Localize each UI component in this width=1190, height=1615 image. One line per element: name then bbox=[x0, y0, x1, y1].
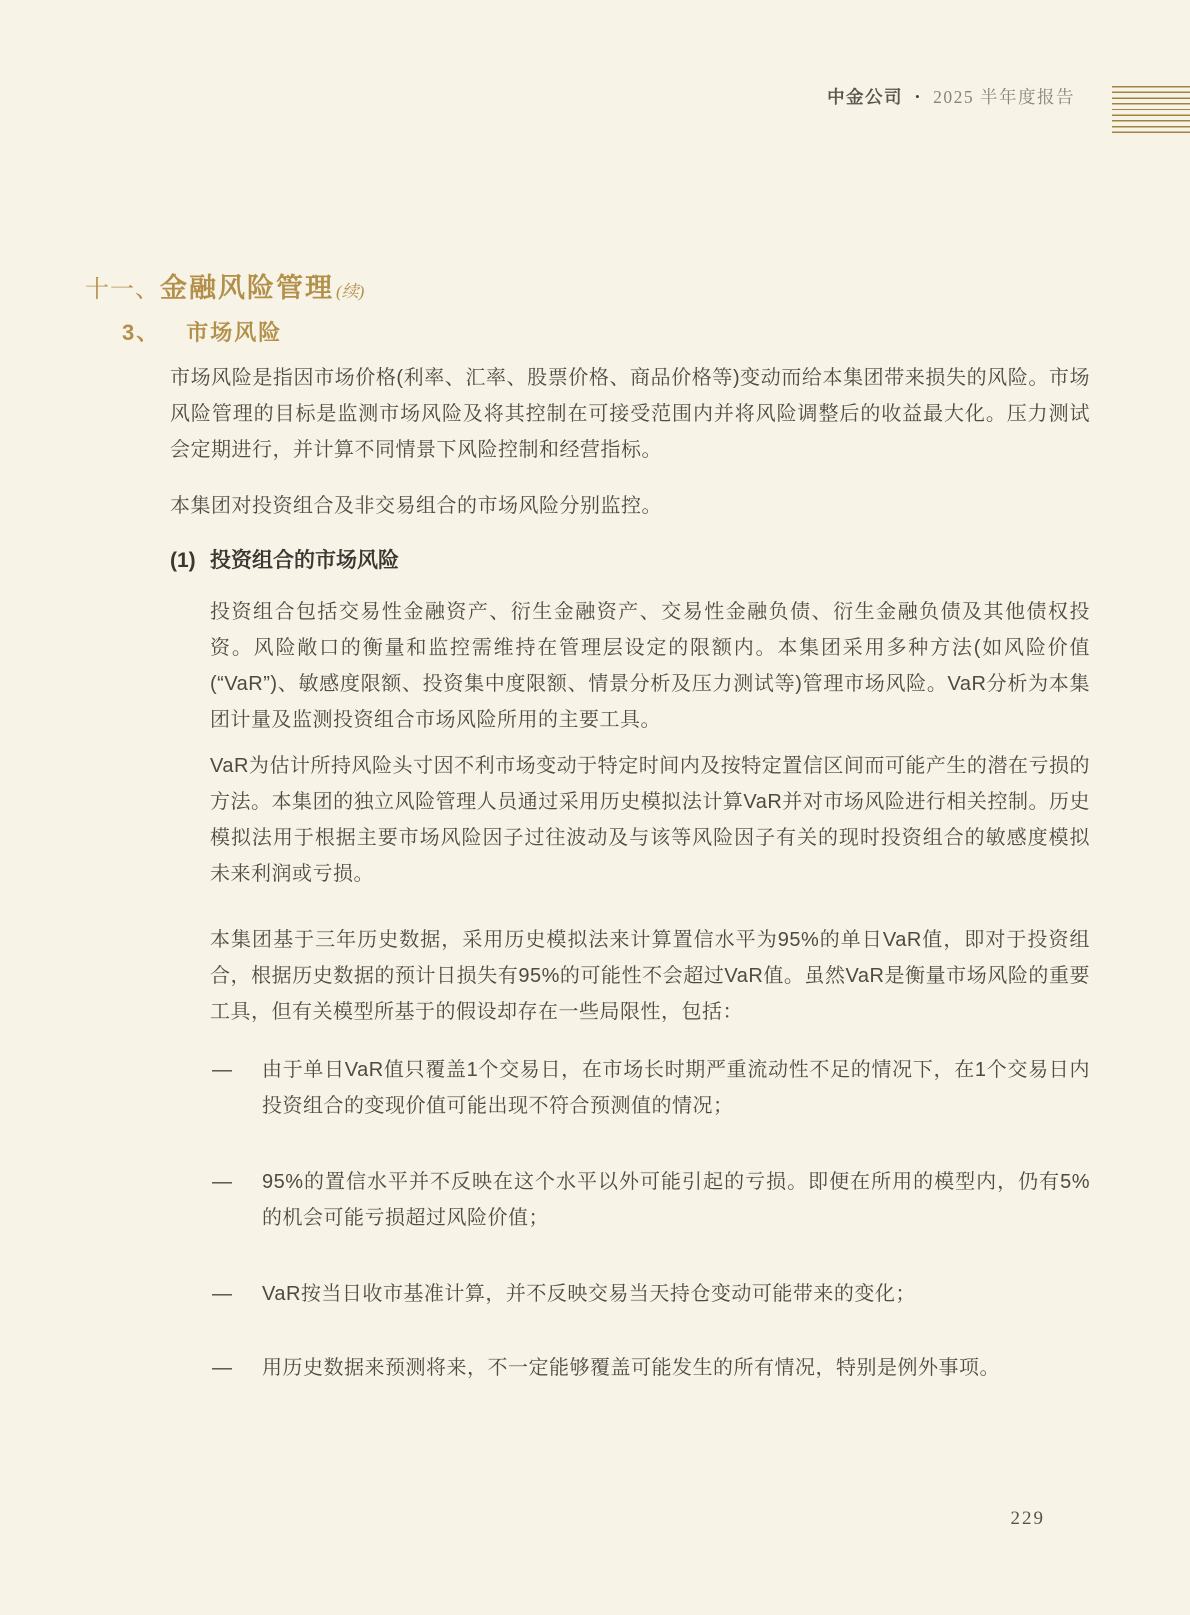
limitation-bullet-1: — 由于单日VaR值只覆盖1个交易日，在市场长时期严重流动性不足的情况下，在1个… bbox=[212, 1052, 1090, 1124]
subsection-paragraph-2: VaR为估计所持风险头寸因不利市场变动于特定时间内及按特定置信区间而可能产生的潜… bbox=[210, 748, 1090, 892]
bullet-dash: — bbox=[212, 1052, 262, 1124]
header-company-name: 中金公司 bbox=[827, 84, 903, 109]
section-title: 市场风险 bbox=[186, 316, 282, 347]
section-number: 3、 bbox=[122, 316, 160, 347]
bullet-dash: — bbox=[212, 1350, 262, 1386]
page-number: 229 bbox=[1011, 1508, 1046, 1530]
header-dot-separator: • bbox=[915, 89, 921, 105]
bullet-text: VaR按当日收市基准计算，并不反映交易当天持仓变动可能带来的变化； bbox=[262, 1276, 1090, 1312]
subsection-title: 投资组合的市场风险 bbox=[210, 546, 399, 576]
bullet-dash: — bbox=[212, 1276, 262, 1312]
limitation-bullet-3: — VaR按当日收市基准计算，并不反映交易当天持仓变动可能带来的变化； bbox=[212, 1276, 1090, 1312]
chapter-number: 十一、 bbox=[85, 276, 160, 303]
subsection-heading: (1) 投资组合的市场风险 bbox=[170, 546, 1090, 576]
bullet-dash: — bbox=[212, 1164, 262, 1236]
subsection-paragraph-1: 投资组合包括交易性金融资产、衍生金融资产、交易性金融负债、衍生金融负债及其他债权… bbox=[210, 594, 1090, 738]
header-report-title: 2025 半年度报告 bbox=[933, 84, 1075, 109]
subsection-paragraph-3: 本集团基于三年历史数据，采用历史模拟法来计算置信水平为95%的单日VaR值，即对… bbox=[210, 922, 1090, 1030]
limitation-bullet-4: — 用历史数据来预测将来，不一定能够覆盖可能发生的所有情况，特别是例外事项。 bbox=[212, 1350, 1090, 1386]
intro-paragraph-1: 市场风险是指因市场价格(利率、汇率、股票价格、商品价格等)变动而给本集团带来损失… bbox=[170, 360, 1090, 468]
page-header: 中金公司 • 2025 半年度报告 bbox=[827, 84, 1075, 109]
bullet-text: 由于单日VaR值只覆盖1个交易日，在市场长时期严重流动性不足的情况下，在1个交易… bbox=[262, 1052, 1090, 1124]
intro-paragraph-2: 本集团对投资组合及非交易组合的市场风险分别监控。 bbox=[170, 488, 1090, 524]
chapter-continued-suffix: (续) bbox=[336, 282, 364, 301]
chapter-heading: 十一、金融风险管理(续) bbox=[85, 266, 364, 305]
page-content: 市场风险是指因市场价格(利率、汇率、股票价格、商品价格等)变动而给本集团带来损失… bbox=[0, 360, 1190, 1386]
chapter-title: 金融风险管理 bbox=[160, 273, 334, 303]
subsection-number: (1) bbox=[170, 546, 210, 576]
limitation-bullet-2: — 95%的置信水平并不反映在这个水平以外可能引起的亏损。即便在所用的模型内，仍… bbox=[212, 1164, 1090, 1236]
bullet-text: 95%的置信水平并不反映在这个水平以外可能引起的亏损。即便在所用的模型内，仍有5… bbox=[262, 1164, 1090, 1236]
corner-stripes-decoration bbox=[1112, 86, 1190, 134]
bullet-text: 用历史数据来预测将来，不一定能够覆盖可能发生的所有情况，特别是例外事项。 bbox=[262, 1350, 1090, 1386]
section-heading: 3、 市场风险 bbox=[122, 316, 282, 347]
